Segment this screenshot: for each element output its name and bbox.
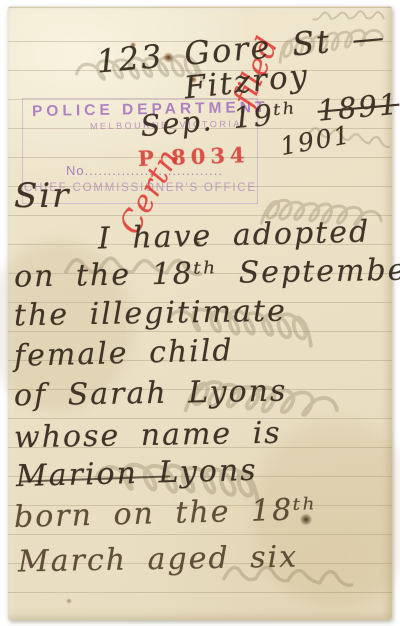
date-year-struck: 1891 bbox=[316, 87, 400, 128]
body-line: the illegitimate bbox=[14, 294, 287, 334]
body-line: of Sarah Lyons bbox=[14, 374, 288, 414]
letter-paper: POLICE DEPARTMENT MELBOURNE, VICTORIA P … bbox=[8, 6, 392, 620]
body-line: I have adopted bbox=[98, 214, 371, 256]
body-line: on the 18ᵗʰ September bbox=[14, 252, 400, 294]
body-line: March aged six bbox=[18, 540, 299, 580]
salutation: Sir bbox=[14, 176, 70, 216]
foxing-spot bbox=[66, 598, 72, 604]
body-line: female child bbox=[14, 333, 234, 374]
letter-photograph: { "letter": { "address_line1": "123 Gore… bbox=[0, 0, 400, 626]
body-line: Marion Lyons bbox=[16, 453, 258, 494]
body-line: born on the 18ᵗʰ bbox=[14, 492, 318, 535]
body-line: whose name is bbox=[14, 416, 282, 456]
